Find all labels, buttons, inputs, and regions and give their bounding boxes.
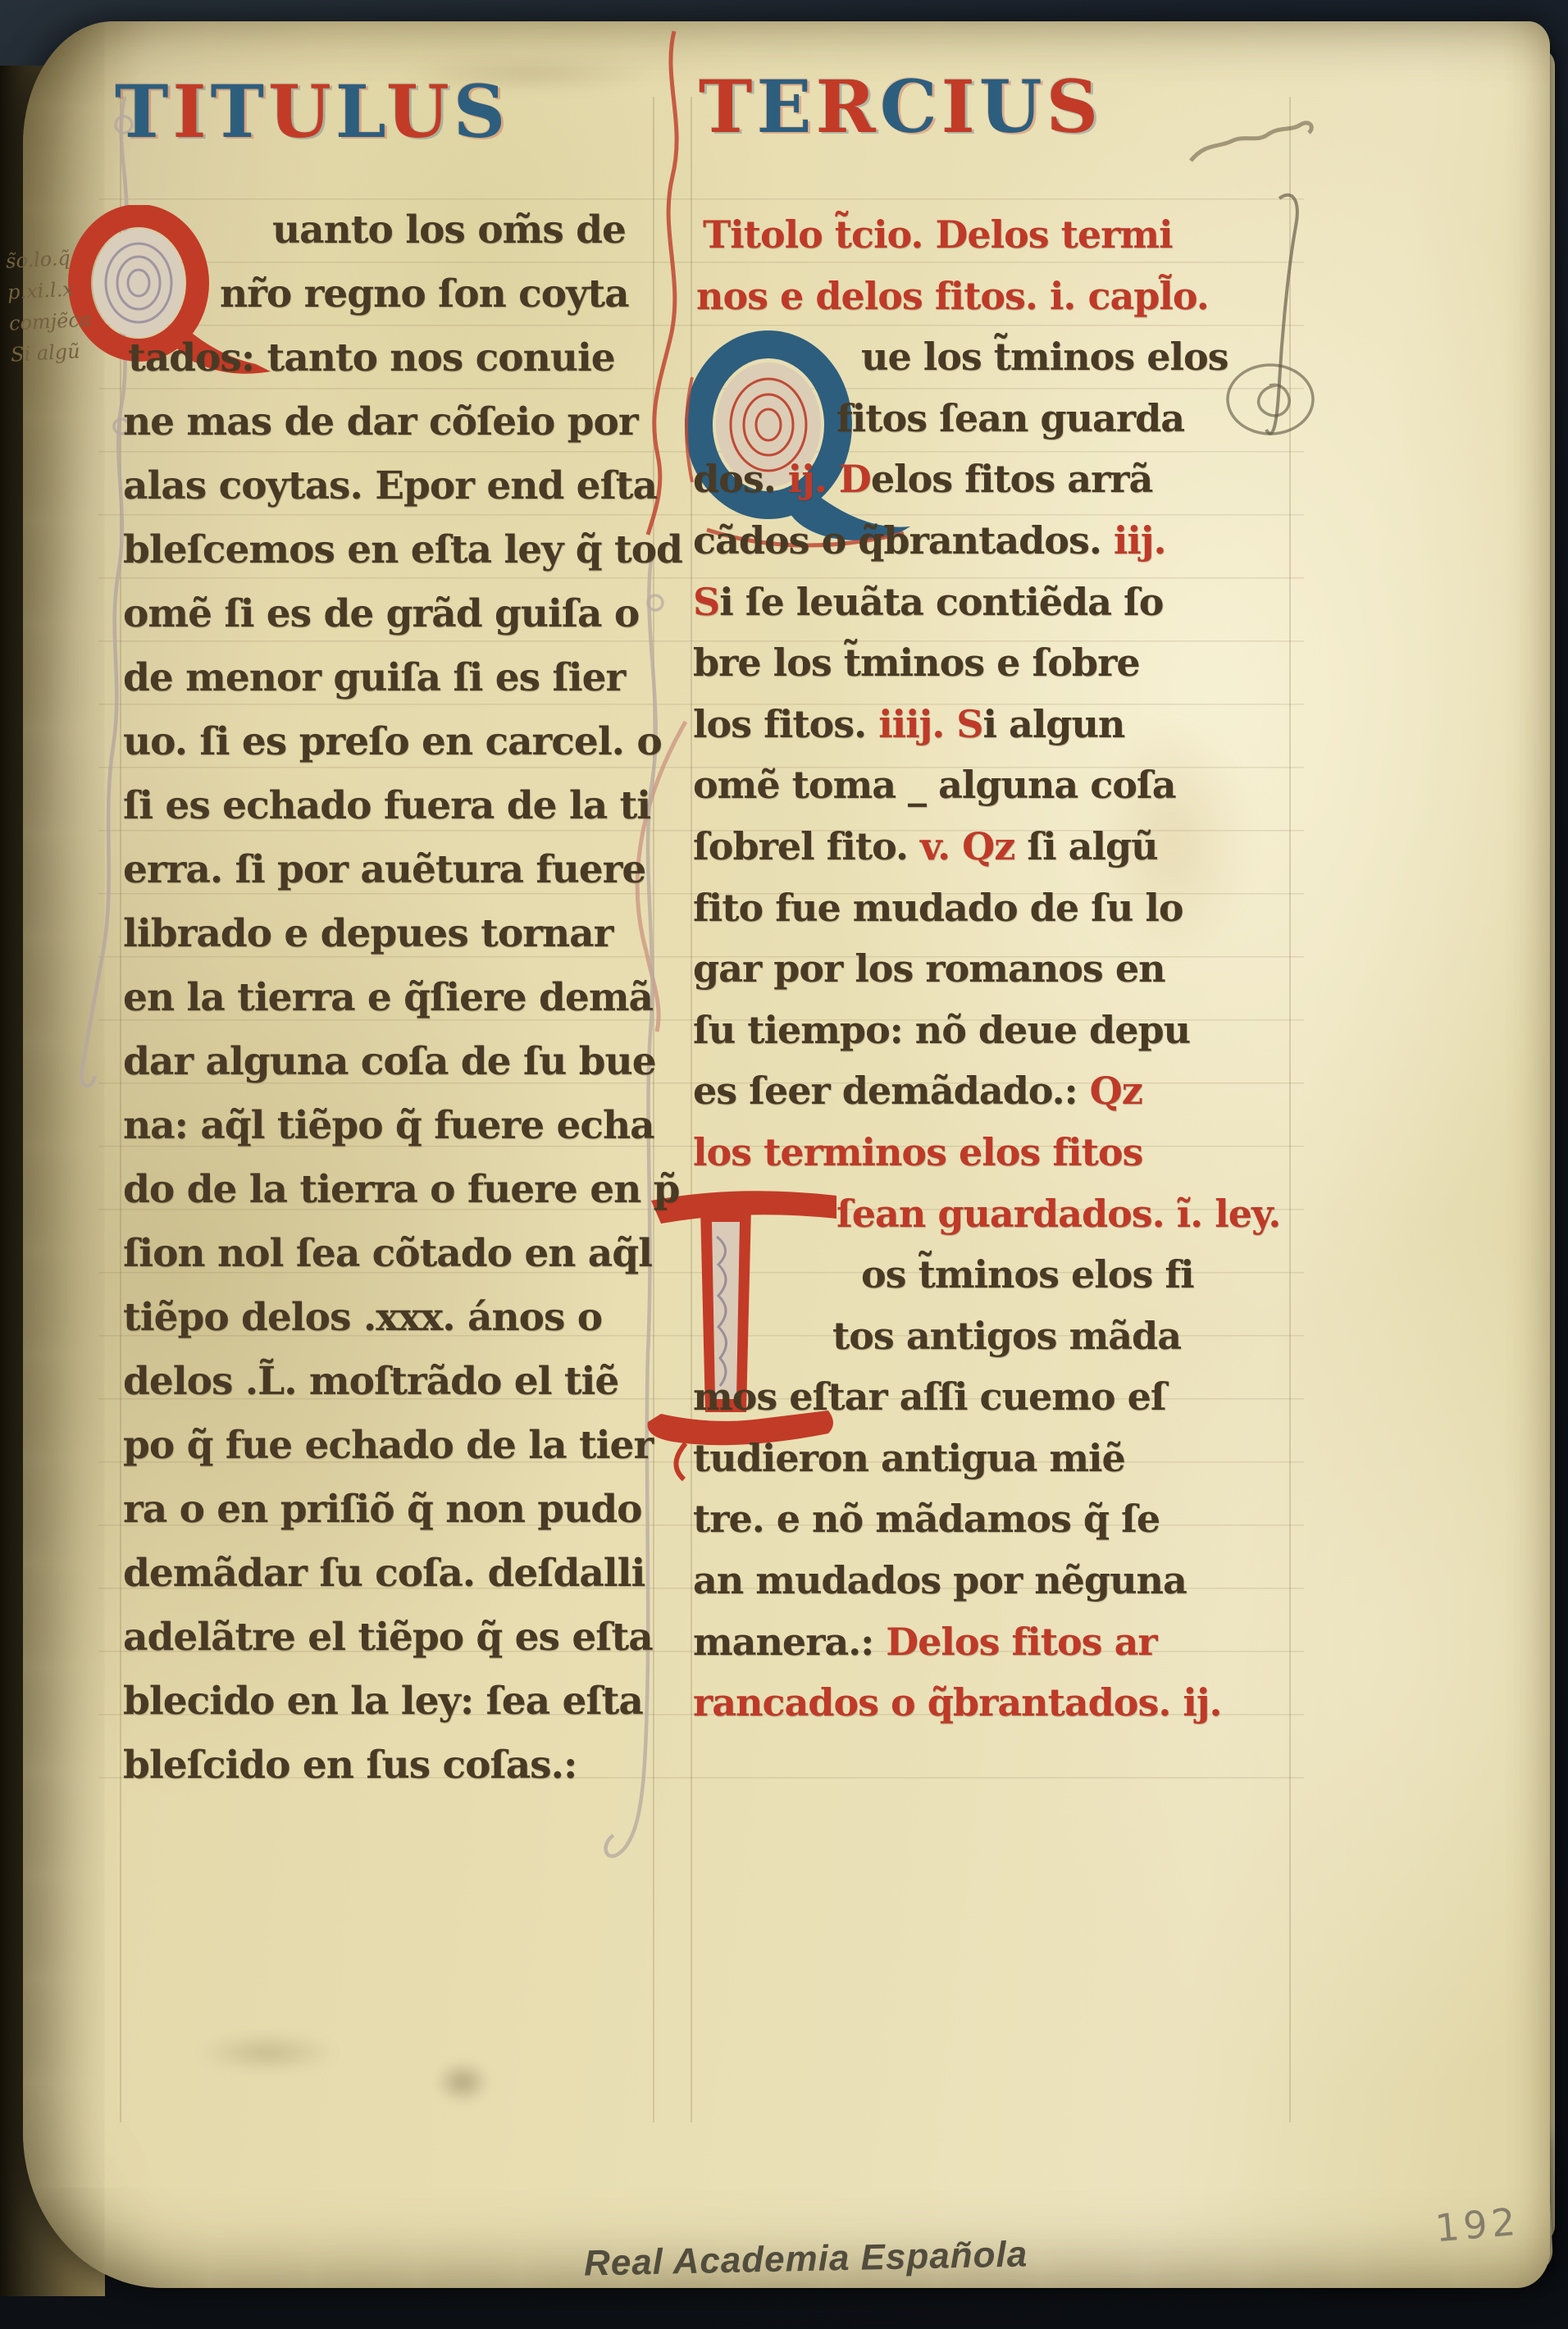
manuscript-line: tados: tanto nos conuie (123, 330, 682, 394)
manuscript-line: bleſcido en ſus coſas.: (123, 1737, 682, 1801)
manuscript-photo: TITULUS TERCIUS uanto los om̃s denr̃o re… (0, 0, 1568, 2329)
body-text: fitos ſean guarda (836, 396, 1184, 440)
manuscript-line: omẽ ſi es de grãd guiſa o (123, 586, 682, 649)
manuscript-line: alas coytas. Epor end eſta (123, 458, 682, 522)
running-title-right: TERCIUS (699, 64, 1102, 149)
manuscript-line: fitos ſean guarda (693, 390, 1280, 452)
body-text: i ſe leuãta contiẽda ſo (719, 580, 1163, 624)
display-letter: R (816, 64, 880, 149)
manuscript-line: an mudados por nẽguna (693, 1552, 1280, 1614)
manuscript-line: librado e depues tornar (123, 905, 682, 969)
manuscript-line: tos antigos mãda (693, 1308, 1280, 1370)
display-letter: I (172, 69, 210, 154)
manuscript-line: ſu tiempo: nõ deue depu (693, 1002, 1280, 1064)
body-text: ſi algũ (1027, 824, 1157, 868)
manuscript-line: tudieron antigua miẽ (693, 1430, 1280, 1492)
rubric-text: S (693, 580, 719, 624)
manuscript-line: gar por los romanos en (693, 941, 1280, 1002)
manuscript-line: Si ſe leuãta contiẽda ſo (693, 574, 1280, 636)
rubric-text: los terminos elos fitos (693, 1130, 1142, 1174)
rubric-text: rancados o q̃brantados. ij. (693, 1680, 1222, 1725)
display-letter: C (880, 64, 941, 149)
display-letter: U (268, 69, 335, 154)
ruling-line-vertical (691, 97, 692, 2122)
manuscript-line: bre los t̃minos e ſobre (693, 635, 1280, 696)
manuscript-line: os t̃minos elos fi (693, 1247, 1280, 1308)
rubric-text: Delos fitos ar (873, 1620, 1156, 1664)
display-letter: T (211, 69, 268, 154)
body-text: dos. (693, 457, 776, 501)
rubric-text: nos e delos fitos. i. capl̃o. (696, 274, 1209, 318)
manuscript-line: tre. e nõ mãdamos q̃ ſe (693, 1491, 1280, 1552)
manuscript-line: uanto los om̃s de (123, 202, 682, 266)
display-letter: T (115, 69, 172, 154)
ruling-line-vertical (120, 97, 121, 2122)
display-letter: U (386, 69, 454, 154)
manuscript-line: ue los t̃minos elos (693, 329, 1280, 390)
body-text: ue los t̃minos elos (861, 335, 1228, 379)
manuscript-line: uo. ſi es preſo en carcel. o (123, 713, 682, 777)
body-text: fito fue mudado de ſu lo (693, 886, 1183, 930)
manuscript-line: fito fue mudado de ſu lo (693, 880, 1280, 941)
body-text: bre los t̃minos e ſobre (693, 640, 1140, 685)
manuscript-line: adelãtre el tiẽpo q̃ es eſta (123, 1609, 682, 1673)
display-letter: I (941, 64, 979, 149)
rubric-text: Titolo t̃cio. Delos termi (703, 212, 1173, 257)
manuscript-line: tiẽpo delos .xxx. ános o (123, 1289, 682, 1353)
rubric-text: iij. (1101, 518, 1166, 563)
display-letter: U (979, 64, 1046, 149)
body-text: elos fitos arrã (871, 457, 1153, 501)
display-letter: T (699, 64, 756, 149)
manuscript-line: mos eſtar aſſi cuemo eſ (693, 1369, 1280, 1430)
manuscript-line: do de la tierra o fuere en p̃ (123, 1161, 682, 1225)
body-text: os t̃minos elos fi (861, 1252, 1194, 1297)
manuscript-line: omẽ toma _ alguna coſa (693, 757, 1280, 818)
display-letter: L (335, 69, 386, 154)
rubric-text: iiij. S (866, 702, 982, 746)
manuscript-line: ſi es echado fuera de la ti (123, 777, 682, 841)
manuscript-line: ſobrel fito. v. Qz ſi algũ (693, 818, 1280, 880)
body-text: manera.: (693, 1620, 873, 1664)
display-letter: S (454, 69, 510, 154)
ruling-line-vertical (1289, 97, 1291, 2122)
body-text: tos antigos mãda (832, 1314, 1181, 1358)
manuscript-line: cãdos o q̃brantados. iij. (693, 513, 1280, 574)
display-letter: E (756, 64, 815, 149)
manuscript-line: ſion nol ſea cõtado en aq̃l (123, 1225, 682, 1289)
manuscript-line: dar alguna coſa de ſu bue (123, 1033, 682, 1097)
body-text: gar por los romanos en (693, 946, 1165, 991)
manuscript-line: dos. ij. Delos fitos arrã (693, 451, 1280, 513)
body-text: cãdos o q̃brantados. (693, 518, 1101, 563)
manuscript-line: rancados o q̃brantados. ij. (693, 1675, 1280, 1736)
body-text: omẽ toma _ alguna coſa (693, 763, 1176, 807)
manuscript-line: blecido en la ley: ſea eſta (123, 1673, 682, 1737)
gloss-line: Si algũ (10, 333, 126, 370)
manuscript-line: ra o en priſiõ q̃ non pudo (123, 1481, 682, 1545)
manuscript-line: los terminos elos fitos (693, 1124, 1280, 1186)
body-text: ſobrel fito. (693, 824, 908, 868)
manuscript-line: ſean guardados. ĩ. ley. (693, 1186, 1280, 1247)
body-text: tre. e nõ mãdamos q̃ ſe (693, 1497, 1160, 1541)
manuscript-line: nos e delos fitos. i. capl̃o. (693, 268, 1280, 330)
rubric-text: ſean guardados. ĩ. ley. (836, 1192, 1280, 1236)
manuscript-line: los fitos. iiij. Si algun (693, 696, 1280, 758)
display-letter: S (1046, 64, 1103, 149)
rubric-text: Qz (1078, 1069, 1142, 1113)
manuscript-line: ne mas de dar cõſeio por (123, 394, 682, 458)
manuscript-line: Titolo t̃cio. Delos termi (693, 207, 1280, 268)
manuscript-line: es ſeer demãdado.: Qz (693, 1063, 1280, 1124)
body-text: es ſeer demãdado.: (693, 1069, 1078, 1113)
manuscript-line: demãdar ſu coſa. deſdalli (123, 1545, 682, 1609)
running-title-left: TITULUS (115, 69, 509, 154)
folio-number: 192 (1434, 2199, 1521, 2251)
manuscript-line: delos .L̃. moſtrãdo el tiẽ (123, 1353, 682, 1417)
body-text: ſu tiempo: nõ deue depu (693, 1008, 1190, 1052)
manuscript-line: manera.: Delos fitos ar (693, 1614, 1280, 1675)
manuscript-line: po q̃ fue echado de la tier (123, 1417, 682, 1481)
manuscript-line: en la tierra e q̃ſiere demã (123, 969, 682, 1033)
manuscript-line: nr̃o regno ſon coyta (123, 266, 682, 330)
margin-gloss: s̃o.lo.q̃p.xi.l.xcomjẽcaSi algũ (5, 239, 126, 370)
manuscript-line: bleſcemos en eſta ley q̃ tod (123, 522, 682, 586)
text-column-left: uanto los om̃s denr̃o regno ſon coytatad… (123, 202, 682, 1801)
body-text: mos eſtar aſſi cuemo eſ (693, 1374, 1166, 1419)
body-text: i algun (983, 702, 1125, 746)
body-text: tudieron antigua miẽ (693, 1436, 1125, 1480)
rubric-text: ij. D (776, 457, 871, 501)
body-text: los fitos. (693, 702, 866, 746)
body-text: an mudados por nẽguna (693, 1558, 1187, 1602)
text-column-right: Titolo t̃cio. Delos terminos e delos fit… (693, 207, 1280, 1736)
manuscript-line: de menor guiſa ſi es ſier (123, 649, 682, 713)
manuscript-line: erra. ſi por auẽtura fuere (123, 841, 682, 905)
rubric-text: v. Qz (908, 824, 1027, 868)
manuscript-line: na: aq̃l tiẽpo q̃ fuere echa (123, 1097, 682, 1161)
